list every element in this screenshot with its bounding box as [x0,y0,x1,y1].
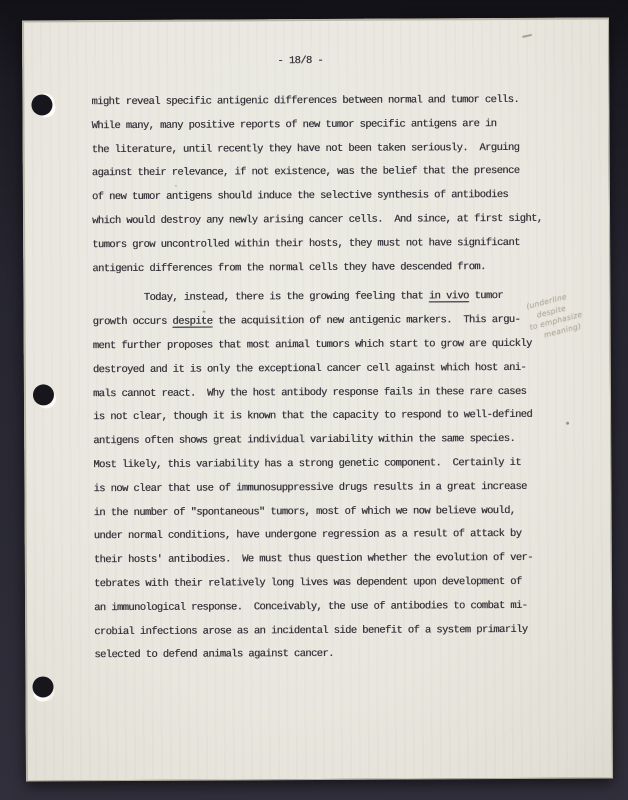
text-line: is not clear, though it is known that th… [93,404,563,430]
pencil-speck [566,422,569,425]
text-line: crobial infections arose as an incidenta… [94,618,564,644]
text-line: destroyed and it is only the exceptional… [93,356,563,382]
text-line: Today, instead, there is the growing fee… [92,285,562,311]
text-line: under normal conditions, have undergone … [94,523,564,549]
document-page: - 18/8 - might reveal specific antigenic… [22,17,613,781]
text-line: tumors grow uncontrolled within their ho… [92,231,562,257]
text-line: selected to defend animals against cance… [94,642,564,668]
hole-punch-middle [33,384,54,405]
text-line: While many, many positive reports of new… [92,113,562,139]
paragraph: Today, instead, there is the growing fee… [92,285,564,668]
text-line: ment further proposes that most animal t… [93,333,563,359]
hole-punch-top [31,94,52,115]
text-line: of new tumor antigens should induce the … [92,184,562,210]
scanned-document-photo: { "page": { "page_number": "- 18/8 -", "… [0,0,628,800]
text-line: which would destroy any newly arising ca… [92,208,562,234]
text-line: antigenic differences from the normal ce… [92,255,562,281]
text-line: an immunological response. Conceivably, … [94,594,564,620]
text-line: tebrates with their relatively long live… [94,571,564,597]
pencil-speck [203,311,206,313]
pencil-mark [522,34,532,38]
text-line: growth occurs despite the acquisition of… [93,309,563,335]
hole-punch-bottom [32,676,53,697]
text-line: in the number of "spontaneous" tumors, m… [94,499,564,525]
text-line: Most likely, this variability has a stro… [93,452,563,478]
text-line: mals cannot react. Why the host antibody… [93,380,563,406]
page-number: - 18/8 - [22,53,608,68]
text-line: against their relevance, if not existenc… [92,160,562,186]
text-line: their hosts' antibodies. We must thus qu… [94,547,564,573]
text-line: antigens often shows great individual va… [93,428,563,454]
text-line: the literature, until recently they have… [92,136,562,162]
text-line: is now clear that use of immunosuppressi… [93,475,563,501]
typewritten-text: might reveal specific antigenic differen… [91,89,564,669]
paper-speck [175,185,177,187]
text-line: might reveal specific antigenic differen… [91,89,561,115]
paragraph: might reveal specific antigenic differen… [91,89,562,282]
